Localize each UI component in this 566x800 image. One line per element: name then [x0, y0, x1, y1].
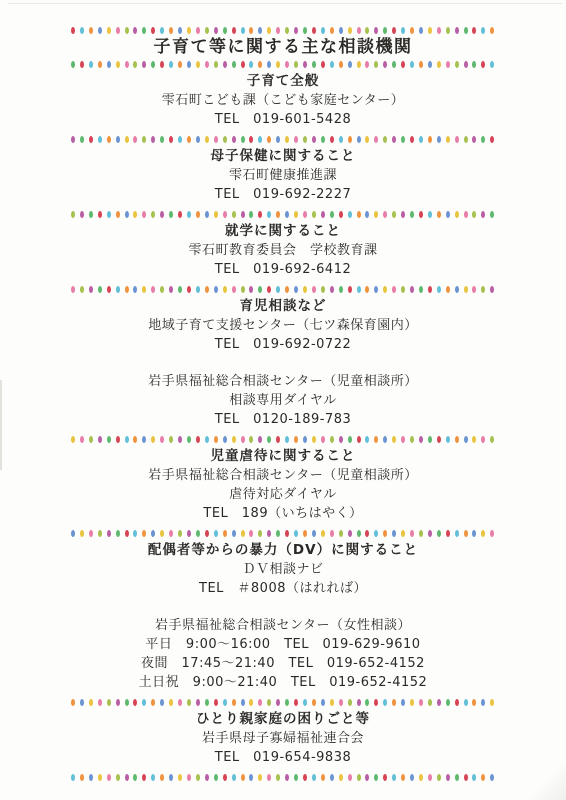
- dot: [464, 774, 468, 781]
- dot: [419, 436, 423, 443]
- dot: [410, 136, 414, 143]
- dot: [464, 436, 468, 443]
- dot: [276, 436, 280, 443]
- dot: [446, 286, 450, 293]
- dot: [383, 699, 387, 706]
- dot: [267, 436, 271, 443]
- dot: [258, 530, 262, 537]
- dot: [481, 286, 485, 293]
- dot: [401, 436, 405, 443]
- dot: [223, 774, 227, 781]
- contact-line: 雫石町教育委員会 学校教育課: [0, 241, 566, 260]
- tel-line: TEL 019-601-5428: [0, 110, 566, 129]
- dot: [339, 699, 343, 706]
- dot: [98, 699, 102, 706]
- tel-line: TEL 019-654-9838: [0, 748, 566, 767]
- dot: [98, 61, 102, 68]
- dotted-divider: [71, 529, 495, 537]
- dot: [71, 286, 75, 293]
- dot: [276, 211, 280, 218]
- dot: [107, 530, 111, 537]
- dot: [303, 61, 307, 68]
- dot: [428, 211, 432, 218]
- dot: [125, 136, 129, 143]
- dotted-divider: [71, 698, 495, 706]
- dot: [312, 699, 316, 706]
- dot: [178, 530, 182, 537]
- dot: [187, 61, 191, 68]
- dot: [214, 286, 218, 293]
- dot: [383, 136, 387, 143]
- dot: [383, 436, 387, 443]
- dot: [419, 211, 423, 218]
- dot: [89, 211, 93, 218]
- dot: [312, 436, 316, 443]
- dot: [232, 61, 236, 68]
- dot: [151, 436, 155, 443]
- dot: [276, 136, 280, 143]
- dot: [339, 27, 343, 34]
- dot: [455, 211, 459, 218]
- dot: [98, 211, 102, 218]
- dot: [339, 530, 343, 537]
- dot: [419, 699, 423, 706]
- dot: [187, 27, 191, 34]
- dot: [365, 61, 369, 68]
- dot: [472, 27, 476, 34]
- tel-line: TEL 0120-189-783: [0, 410, 566, 429]
- dot: [357, 61, 361, 68]
- dot: [419, 61, 423, 68]
- dot: [107, 211, 111, 218]
- dot: [455, 136, 459, 143]
- dot: [223, 530, 227, 537]
- dot: [133, 27, 137, 34]
- dot: [446, 61, 450, 68]
- dot: [365, 774, 369, 781]
- dot: [481, 774, 485, 781]
- dot: [446, 136, 450, 143]
- dotted-divider: [71, 210, 495, 218]
- dot: [321, 774, 325, 781]
- dot: [374, 27, 378, 34]
- contact-line: 岩手県母子寡婦福祉連合会: [0, 729, 566, 748]
- dot: [312, 286, 316, 293]
- dot: [285, 436, 289, 443]
- dot: [365, 27, 369, 34]
- dot: [401, 27, 405, 34]
- dot: [285, 286, 289, 293]
- dot: [107, 774, 111, 781]
- dot: [321, 436, 325, 443]
- dot: [330, 61, 334, 68]
- dot: [303, 27, 307, 34]
- dot: [455, 61, 459, 68]
- dot: [196, 136, 200, 143]
- dot: [481, 61, 485, 68]
- dot: [187, 436, 191, 443]
- dot: [80, 774, 84, 781]
- dot: [357, 27, 361, 34]
- tel-line: 土日祝 9:00～21:40 TEL 019-652-4152: [0, 673, 566, 692]
- dot: [214, 774, 218, 781]
- dot: [374, 699, 378, 706]
- dot: [98, 136, 102, 143]
- dot: [428, 436, 432, 443]
- dot: [419, 27, 423, 34]
- dot: [490, 27, 494, 34]
- dot: [428, 27, 432, 34]
- dot: [410, 774, 414, 781]
- dot: [178, 699, 182, 706]
- contact-line: 虐待対応ダイヤル: [0, 485, 566, 504]
- dot: [392, 774, 396, 781]
- dot: [472, 774, 476, 781]
- dot: [330, 530, 334, 537]
- dot: [392, 436, 396, 443]
- dot: [169, 436, 173, 443]
- dot: [464, 699, 468, 706]
- dot: [303, 699, 307, 706]
- dot: [285, 61, 289, 68]
- dot: [142, 699, 146, 706]
- dot: [151, 136, 155, 143]
- dot: [160, 136, 164, 143]
- dot: [223, 136, 227, 143]
- dot: [410, 436, 414, 443]
- dot: [437, 699, 441, 706]
- section-heading: 配偶者等からの暴力（DV）に関すること: [0, 541, 566, 560]
- dot: [107, 27, 111, 34]
- consult-section: 子育て全般雫石町こども課（こども家庭センター）TEL 019-601-5428: [0, 72, 566, 129]
- dot: [178, 211, 182, 218]
- consult-section: 配偶者等からの暴力（DV）に関することＤＶ相談ナビTEL ＃8008（はれれば）…: [0, 541, 566, 692]
- dot: [205, 774, 209, 781]
- consult-section: 就学に関すること雫石町教育委員会 学校教育課TEL 019-692-6412: [0, 222, 566, 279]
- dot: [455, 27, 459, 34]
- dot: [241, 286, 245, 293]
- dot: [401, 774, 405, 781]
- section-heading: 児童虐待に関すること: [0, 447, 566, 466]
- dot: [142, 530, 146, 537]
- dot: [169, 211, 173, 218]
- dot: [133, 136, 137, 143]
- tel-line: TEL 019-692-0722: [0, 335, 566, 354]
- dot: [348, 436, 352, 443]
- dot: [348, 774, 352, 781]
- dotted-divider: [71, 135, 495, 143]
- dot: [258, 436, 262, 443]
- dot: [133, 530, 137, 537]
- dot: [339, 436, 343, 443]
- dot: [160, 61, 164, 68]
- document-body: 子育て等に関する主な相談機関 子育て全般雫石町こども課（こども家庭センター）TE…: [0, 0, 566, 781]
- dot: [312, 774, 316, 781]
- dot: [365, 699, 369, 706]
- dot: [348, 699, 352, 706]
- tel-line: TEL ＃8008（はれれば）: [0, 579, 566, 598]
- sections-container: 子育て全般雫石町こども課（こども家庭センター）TEL 019-601-5428母…: [0, 72, 566, 781]
- dot: [321, 136, 325, 143]
- dot: [125, 61, 129, 68]
- dot: [303, 530, 307, 537]
- dot: [151, 286, 155, 293]
- dot: [312, 530, 316, 537]
- dot: [178, 27, 182, 34]
- dot: [142, 211, 146, 218]
- dot: [169, 530, 173, 537]
- dot: [249, 136, 253, 143]
- dot: [98, 436, 102, 443]
- dot: [89, 286, 93, 293]
- dot: [472, 286, 476, 293]
- dot: [321, 699, 325, 706]
- contact-block: 岩手県福祉総合相談センター（児童相談所）虐待対応ダイヤルTEL 189（いちはや…: [0, 466, 566, 523]
- dot: [169, 774, 173, 781]
- dot: [437, 436, 441, 443]
- dot: [116, 61, 120, 68]
- dot: [107, 699, 111, 706]
- tel-line: TEL 019-692-2227: [0, 185, 566, 204]
- dot: [464, 61, 468, 68]
- dot: [151, 61, 155, 68]
- dot: [107, 436, 111, 443]
- dot: [160, 211, 164, 218]
- dot: [357, 774, 361, 781]
- dot: [428, 530, 432, 537]
- dot: [464, 286, 468, 293]
- dot: [455, 436, 459, 443]
- dot: [383, 286, 387, 293]
- dot: [330, 774, 334, 781]
- dot: [339, 286, 343, 293]
- contact-block: ＤＶ相談ナビTEL ＃8008（はれれば）: [0, 560, 566, 598]
- dot: [205, 61, 209, 68]
- dot: [446, 530, 450, 537]
- dot: [214, 436, 218, 443]
- page-title: 子育て等に関する主な相談機関: [0, 36, 566, 58]
- dot: [214, 211, 218, 218]
- section-heading: 母子保健に関すること: [0, 147, 566, 166]
- dot: [276, 61, 280, 68]
- dot: [472, 436, 476, 443]
- dot: [98, 286, 102, 293]
- dot: [187, 774, 191, 781]
- dot: [285, 27, 289, 34]
- dot: [490, 436, 494, 443]
- contact-block: 岩手県福祉総合相談センター（女性相談）平日 9:00～16:00 TEL 019…: [0, 616, 566, 692]
- dot: [339, 211, 343, 218]
- consult-section: ひとり親家庭の困りごと等岩手県母子寡婦福祉連合会TEL 019-654-9838: [0, 710, 566, 767]
- dot: [419, 530, 423, 537]
- contact-block: 雫石町健康推進課TEL 019-692-2227: [0, 166, 566, 204]
- dot: [151, 699, 155, 706]
- dot: [178, 774, 182, 781]
- dot: [490, 136, 494, 143]
- dot: [241, 436, 245, 443]
- dot: [249, 211, 253, 218]
- dot: [205, 286, 209, 293]
- dot: [437, 286, 441, 293]
- dot: [357, 136, 361, 143]
- dot: [321, 530, 325, 537]
- dot: [71, 61, 75, 68]
- tel-line: TEL 019-692-6412: [0, 260, 566, 279]
- dot: [214, 136, 218, 143]
- dot: [383, 530, 387, 537]
- contact-line: 岩手県福祉総合相談センター（児童相談所）: [0, 372, 566, 391]
- dot: [446, 699, 450, 706]
- dot: [151, 530, 155, 537]
- dot: [365, 436, 369, 443]
- dot: [249, 27, 253, 34]
- dot: [294, 530, 298, 537]
- dot: [472, 136, 476, 143]
- dot: [410, 530, 414, 537]
- contact-line: 岩手県福祉総合相談センター（女性相談）: [0, 616, 566, 635]
- dot: [205, 530, 209, 537]
- dot: [401, 61, 405, 68]
- dot: [374, 61, 378, 68]
- dot: [481, 27, 485, 34]
- dot: [232, 774, 236, 781]
- dot: [490, 211, 494, 218]
- dot: [321, 61, 325, 68]
- dot: [223, 286, 227, 293]
- contact-block: 地域子育て支援センター（七ツ森保育園内）TEL 019-692-0722: [0, 316, 566, 354]
- dot: [481, 436, 485, 443]
- dot: [455, 699, 459, 706]
- dot: [294, 61, 298, 68]
- dot: [446, 774, 450, 781]
- dot: [160, 774, 164, 781]
- dot: [490, 774, 494, 781]
- dot: [374, 436, 378, 443]
- dot: [312, 211, 316, 218]
- dot: [303, 774, 307, 781]
- dot: [133, 211, 137, 218]
- dot: [383, 211, 387, 218]
- dot: [258, 27, 262, 34]
- dot: [160, 27, 164, 34]
- dot: [169, 136, 173, 143]
- dot: [410, 286, 414, 293]
- contact-block: 岩手県福祉総合相談センター（児童相談所）相談専用ダイヤルTEL 0120-189…: [0, 372, 566, 429]
- dot: [446, 211, 450, 218]
- dot: [241, 774, 245, 781]
- dot: [89, 27, 93, 34]
- dot: [232, 136, 236, 143]
- dot: [89, 136, 93, 143]
- dot: [410, 61, 414, 68]
- dot: [241, 211, 245, 218]
- dot: [303, 286, 307, 293]
- dot: [223, 61, 227, 68]
- contact-line: 雫石町健康推進課: [0, 166, 566, 185]
- section-heading: 育児相談など: [0, 297, 566, 316]
- dot: [133, 774, 137, 781]
- dot: [160, 699, 164, 706]
- dot: [419, 136, 423, 143]
- dot: [249, 436, 253, 443]
- dot: [98, 774, 102, 781]
- dot: [116, 774, 120, 781]
- dot: [169, 61, 173, 68]
- dot: [241, 530, 245, 537]
- dot: [392, 286, 396, 293]
- dot: [116, 136, 120, 143]
- dot: [80, 61, 84, 68]
- contact-line: 相談専用ダイヤル: [0, 391, 566, 410]
- dot: [437, 530, 441, 537]
- dot: [374, 530, 378, 537]
- dot: [365, 211, 369, 218]
- dot: [365, 530, 369, 537]
- dot: [169, 699, 173, 706]
- dot: [330, 286, 334, 293]
- dot: [223, 436, 227, 443]
- dot: [267, 27, 271, 34]
- dot: [294, 136, 298, 143]
- dot: [294, 699, 298, 706]
- dot: [285, 699, 289, 706]
- dot: [223, 27, 227, 34]
- dot: [392, 699, 396, 706]
- dot: [258, 211, 262, 218]
- dot: [428, 61, 432, 68]
- dot: [133, 61, 137, 68]
- dot: [392, 27, 396, 34]
- dot: [98, 27, 102, 34]
- dot: [116, 436, 120, 443]
- dot: [428, 699, 432, 706]
- dot: [357, 286, 361, 293]
- dot: [187, 530, 191, 537]
- dot: [80, 27, 84, 34]
- dot: [187, 211, 191, 218]
- dot: [374, 136, 378, 143]
- dot: [464, 211, 468, 218]
- dot: [348, 286, 352, 293]
- dot: [437, 774, 441, 781]
- dot: [196, 530, 200, 537]
- dotted-divider: [71, 26, 495, 34]
- dot: [125, 211, 129, 218]
- dot: [71, 436, 75, 443]
- dot: [303, 211, 307, 218]
- dot: [267, 61, 271, 68]
- dot: [232, 27, 236, 34]
- dot: [410, 699, 414, 706]
- dot: [249, 530, 253, 537]
- dot: [89, 61, 93, 68]
- dot: [214, 530, 218, 537]
- dot: [481, 136, 485, 143]
- dot: [365, 286, 369, 293]
- dot: [383, 61, 387, 68]
- dotted-divider: [71, 285, 495, 293]
- dot: [80, 699, 84, 706]
- dot: [464, 27, 468, 34]
- dot: [348, 61, 352, 68]
- dot: [151, 27, 155, 34]
- dot: [89, 436, 93, 443]
- dot: [71, 136, 75, 143]
- dot: [312, 136, 316, 143]
- dot: [160, 436, 164, 443]
- dot: [455, 530, 459, 537]
- dot: [267, 699, 271, 706]
